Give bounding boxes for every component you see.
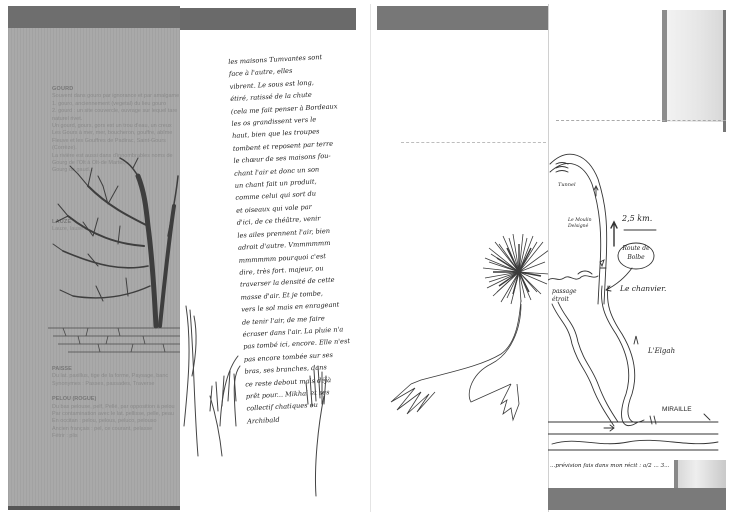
map-label-distance: 2,5 km. (622, 214, 652, 223)
glossary-entry: Ancien français : pel, ce courant, pelas… (52, 426, 180, 433)
glossary-entry: Du bas pelouse, pelf, Pellé, par opposit… (52, 404, 180, 411)
fold-line (401, 142, 546, 143)
map-footnote: ...prévision fais dans mon récit : a/2 .… (550, 463, 669, 469)
glossary-entry: Par contamination avec le lat. pellisse,… (52, 411, 180, 418)
glossary-term: PAISSE (52, 366, 180, 373)
glossary-entry: 1. gouro, anciennement (vegetal) du lieu… (52, 101, 180, 108)
tree-engraving-illustration (48, 156, 180, 366)
scan-footer-band (8, 506, 180, 510)
glossary-entry: Fétrir : plis (52, 433, 180, 440)
scan-header-band (8, 6, 180, 28)
glossary-entry: En occitan : pelou, pelous, peluco, pelo… (52, 418, 180, 425)
scan-shadow (676, 460, 726, 488)
glossary-page: GOURD Souvent dans gouro par ignorance e… (8, 6, 180, 510)
sketch-page (370, 4, 548, 512)
map-page: Tunnel Le Moulin Delsigné 2,5 km. Route … (548, 4, 728, 512)
map-label-passage: passage étroit (552, 288, 582, 304)
scan-header-band (377, 6, 549, 30)
glossary-entry: Synonymes : Passes, passades, Traverse (52, 381, 180, 388)
hand-sketch-drawings (180, 286, 356, 514)
map-label-moulin: Le Moulin Delsigné (568, 218, 598, 230)
glossary-entry: naturel rivet. (52, 116, 180, 123)
glossary-term: GOURD (52, 86, 180, 93)
glossary-term: PELOU (ROGUE) (52, 396, 180, 403)
glossary-entry: Souvent dans gouro par ignorance et par … (52, 93, 180, 100)
scan-footer-band (548, 488, 726, 510)
glossary-entry: Les Gours à mer, mer, boucheron, gouffre… (52, 130, 180, 137)
glossary-entry: Un gourd, gours, gors est un trou d'eau,… (52, 123, 180, 130)
glossary-entry: (Corrèze). (52, 145, 180, 152)
glossary-section-paisse-pelou: PAISSE Du lat. paxillus, tige de la form… (52, 366, 180, 441)
scan-edge-bar (674, 460, 678, 490)
map-label-chanvier: Le chanvier. (620, 284, 666, 293)
map-label-tunnel: Tunnel (558, 182, 576, 188)
scan-header-band (180, 8, 356, 30)
map-label-route: Route de Bolbe (622, 244, 650, 262)
spiky-figure-sketch (371, 224, 549, 424)
glossary-entry: Fleuve et les Gouffres de Padirac, Saint… (52, 138, 180, 145)
handwritten-page: les maisons Tumvantes sont face à l'autr… (180, 6, 356, 514)
glossary-entry: Du lat. paxillus, tige de la forme, Pays… (52, 373, 180, 380)
map-label-river: L'Elgah (648, 347, 675, 355)
glossary-entry: 2. gourd : un site couvercle, ouvrage su… (52, 108, 180, 115)
map-label-miraille: MIRAILLE (662, 406, 692, 413)
